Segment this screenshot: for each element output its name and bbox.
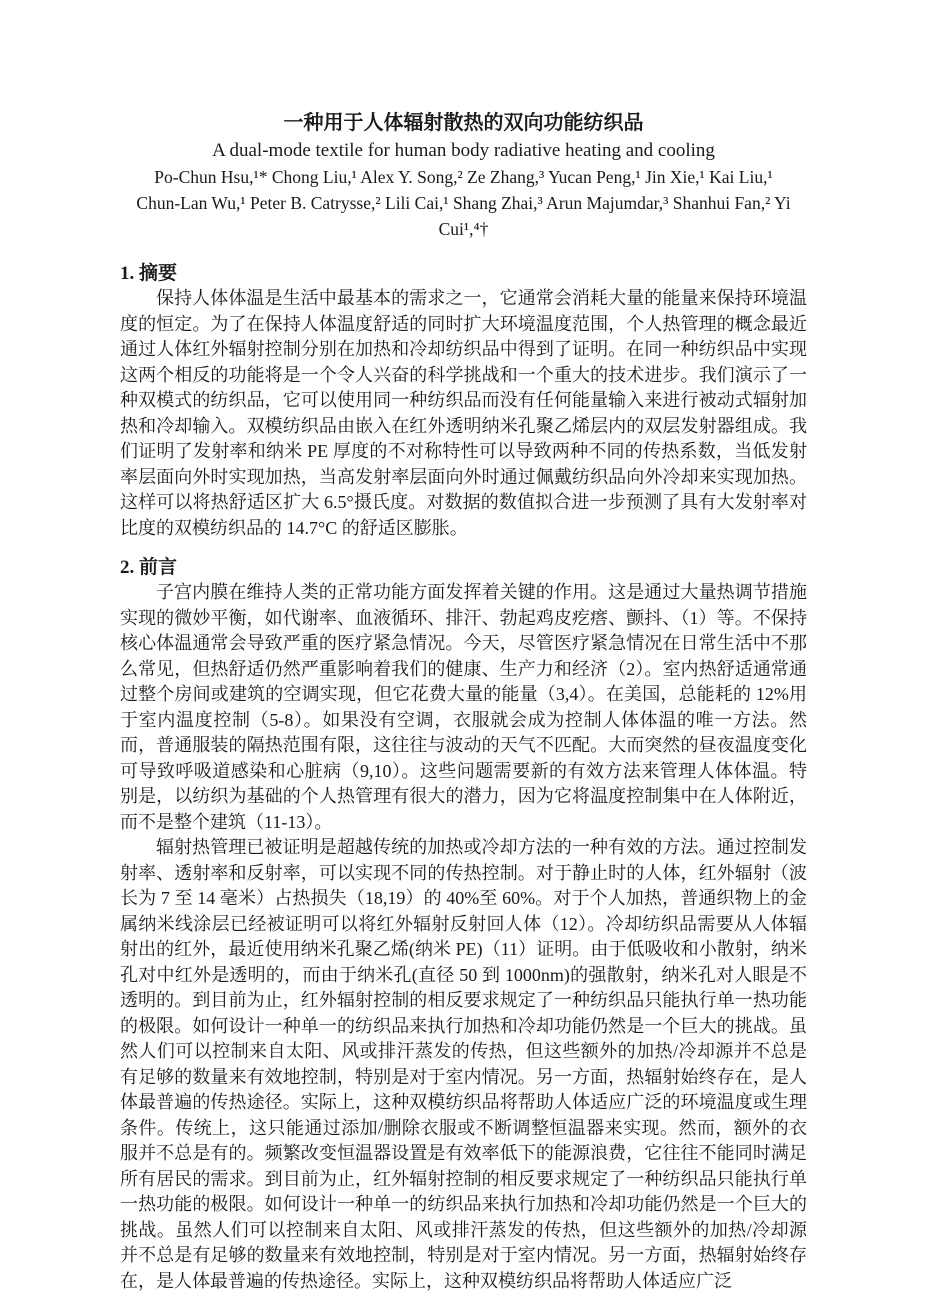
section-heading-introduction: 2. 前言	[120, 555, 807, 580]
paper-page: 一种用于人体辐射散热的双向功能纺织品 A dual-mode textile f…	[0, 0, 925, 1309]
introduction-paragraph-2: 辐射热管理已被证明是超越传统的加热或冷却方法的一种有效的方法。通过控制发射率、透…	[120, 835, 807, 1294]
section-introduction: 2. 前言 子宫内膜在维持人类的正常功能方面发挥着关键的作用。这是通过大量热调节…	[120, 555, 807, 1294]
abstract-paragraph: 保持人体体温是生活中最基本的需求之一，它通常会消耗大量的能量来保持环境温度的恒定…	[120, 286, 807, 541]
author-line-1: Po-Chun Hsu,¹* Chong Liu,¹ Alex Y. Song,…	[120, 164, 807, 190]
author-line-2: Chun-Lan Wu,¹ Peter B. Catrysse,² Lili C…	[120, 190, 807, 242]
paper-title-zh: 一种用于人体辐射散热的双向功能纺织品	[120, 110, 807, 137]
paper-content: 一种用于人体辐射散热的双向功能纺织品 A dual-mode textile f…	[120, 110, 807, 1294]
section-abstract: 1. 摘要 保持人体体温是生活中最基本的需求之一，它通常会消耗大量的能量来保持环…	[120, 261, 807, 541]
paper-title-en: A dual-mode textile for human body radia…	[120, 137, 807, 164]
introduction-paragraph-1: 子宫内膜在维持人类的正常功能方面发挥着关键的作用。这是通过大量热调节措施实现的微…	[120, 580, 807, 835]
section-heading-abstract: 1. 摘要	[120, 261, 807, 286]
